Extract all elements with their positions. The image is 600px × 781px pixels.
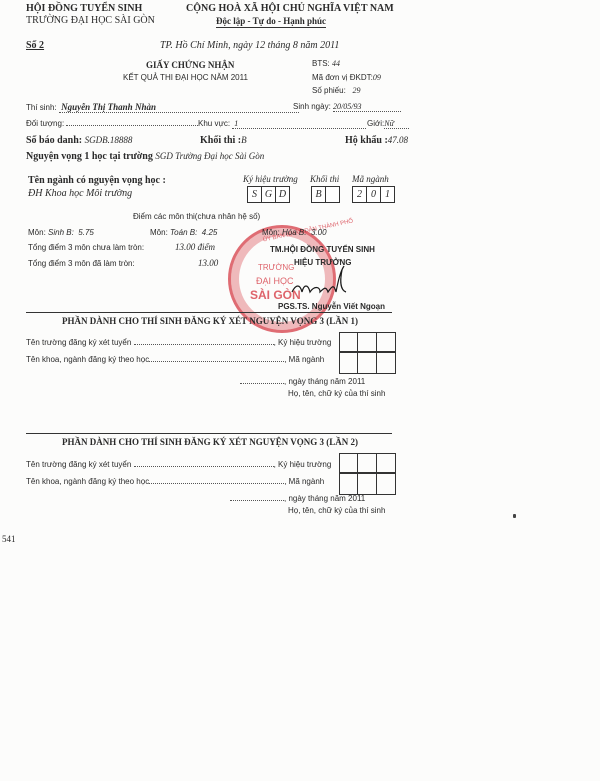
scan-speck [513,514,516,518]
unit-code-label: Mã đơn vị ĐKDT: [312,73,373,82]
place-date: TP. Hồ Chí Minh, ngày 12 tháng 8 năm 201… [160,40,339,51]
school-code-boxes: S G D [248,186,290,203]
stamp-line-1: TRƯỜNG [258,263,294,272]
wish1-value: SGD Trường Đại học Sài Gòn [155,151,264,161]
section-1-school-field[interactable]: Tên trường đăng ký xét tuyển , Ký hiệu t… [26,338,331,347]
total-unrounded-value: 13.00 điểm [175,242,215,252]
section-1-signature-label: Họ, tên, chữ ký của thí sinh [288,389,385,398]
major-label: Tên ngành có nguyện vọng học : [28,175,166,186]
candidate-name-value: Nguyễn Thị Thanh Nhàn [59,102,299,113]
signature-line-1: TM.HỘI ĐỒNG TUYỂN SINH [270,245,375,254]
stamp-line-2: ĐẠI HỌC [256,276,294,286]
region-field: Khu vực: 1 [198,119,366,129]
scores-heading: Điểm các môn thi(chưa nhân hệ số) [133,212,260,221]
target-value [66,125,198,126]
unit-code-value: 09 [373,73,381,82]
republic-title: CỘNG HOÀ XÃ HỘI CHỦ NGHĨA VIỆT NAM [186,3,394,14]
major-code-label: Mã ngành [352,174,389,184]
slip-number-value: 29 [352,86,360,95]
council-name: HỘI ĐỒNG TUYỂN SINH [26,3,142,14]
total-rounded-label: Tổng điểm 3 môn đã làm tròn: [28,259,135,268]
section-1-title: PHẦN DÀNH CHO THÍ SINH ĐĂNG KÝ XÉT NGUYỆ… [62,316,358,326]
exam-block-value: B [241,135,247,145]
unit-code-field: Mã đơn vị ĐKDT:09 [312,73,381,82]
household-label: Hộ khẩu : [345,135,388,146]
region-label: Khu vực: [198,119,230,128]
total-rounded-value: 13.00 [198,258,218,268]
certificate-subtitle: KẾT QUẢ THI ĐẠI HỌC NĂM 2011 [123,73,248,82]
block-code-label: Khối thi [310,174,339,184]
block-code-boxes: B [312,186,340,203]
slip-number-field: Số phiếu: 29 [312,86,360,95]
section-2-major-field[interactable]: Tên khoa, ngành đăng ký theo học, Mã ngà… [26,477,324,486]
dob-field: Sinh ngày: 20/05/93 [293,102,401,112]
bts-field: BTS: 44 [312,59,340,68]
section-2-school-field[interactable]: Tên trường đăng ký xét tuyển , Ký hiệu t… [26,460,331,469]
gender-label: Giới: [367,119,384,128]
school-code-cell: S [247,186,262,203]
block-code-cell: B [311,186,326,203]
dob-label: Sinh ngày: [293,102,331,111]
page-number: 541 [2,534,16,544]
exam-block-field: Khối thi :B [200,135,247,146]
major-code-cell: 1 [380,186,395,203]
national-motto: Độc lập - Tự do - Hạnh phúc [216,16,326,28]
school-code-cell: G [261,186,276,203]
section-2-title: PHẦN DÀNH CHO THÍ SINH ĐĂNG KÝ XÉT NGUYỆ… [62,437,358,447]
university-name: TRƯỜNG ĐẠI HỌC SÀI GÒN [26,15,155,26]
wish1-label: Nguyện vọng 1 học tại trường [26,151,153,162]
section-divider [26,312,392,313]
handwritten-signature-icon [290,262,350,302]
exam-block-label: Khối thi : [200,135,241,146]
major-code-cell: 0 [366,186,381,203]
candidate-name-label: Thí sinh: [26,103,57,112]
school-code-label: Ký hiệu trường [243,174,298,184]
bts-value: 44 [332,59,340,68]
exam-number-value: SGDB.18888 [85,135,133,145]
major-value: ĐH Khoa học Môi trường [28,188,132,199]
section-2-signature-label: Họ, tên, chữ ký của thí sinh [288,506,385,515]
dob-value: 20/05/93 [333,102,401,112]
household-value: 47.08 [388,135,408,145]
section-1-date: , ngày tháng năm 2011 [240,377,365,386]
block-code-cell [325,186,340,203]
section-2-code-grid[interactable] [339,453,396,495]
major-code-boxes: 2 0 1 [353,186,395,203]
signer-name: PGS.TS. Nguyễn Viết Ngoạn [278,302,385,311]
gender-field: Giới:Nữ [367,119,409,129]
wish1-field: Nguyện vọng 1 học tại trường SGD Trường … [26,151,264,162]
school-code-cell: D [275,186,290,203]
household-field: Hộ khẩu :47.08 [345,135,408,146]
target-field: Đối tượng: [26,119,198,128]
major-code-cell: 2 [352,186,367,203]
bts-label: BTS: [312,59,330,68]
subject-score: Môn: Toán B: 4.25 [150,228,217,237]
subject-score: Môn: Hóa B: 3.00 [262,228,327,237]
target-label: Đối tượng: [26,119,64,128]
section-1-code-grid[interactable] [339,332,396,374]
region-value: 1 [232,119,366,129]
gender-value: Nữ [384,119,409,129]
section-1-major-field[interactable]: Tên khoa, ngành đăng ký theo học, Mã ngà… [26,355,324,364]
candidate-name-field: Thí sinh: Nguyễn Thị Thanh Nhàn [26,102,299,113]
subject-score: Môn: Sinh B: 5.75 [28,228,94,237]
section-2-date: , ngày tháng năm 2011 [230,494,365,503]
exam-number-field: Số báo danh: SGDB.18888 [26,135,132,146]
section-divider [26,433,392,434]
certificate-title: GIẤY CHỨNG NHẬN [146,60,234,70]
slip-number-label: Số phiếu: [312,86,346,95]
document-number: Số 2 [26,40,44,51]
total-unrounded-label: Tổng điểm 3 môn chưa làm tròn: [28,243,144,252]
exam-number-label: Số báo danh: [26,135,82,146]
